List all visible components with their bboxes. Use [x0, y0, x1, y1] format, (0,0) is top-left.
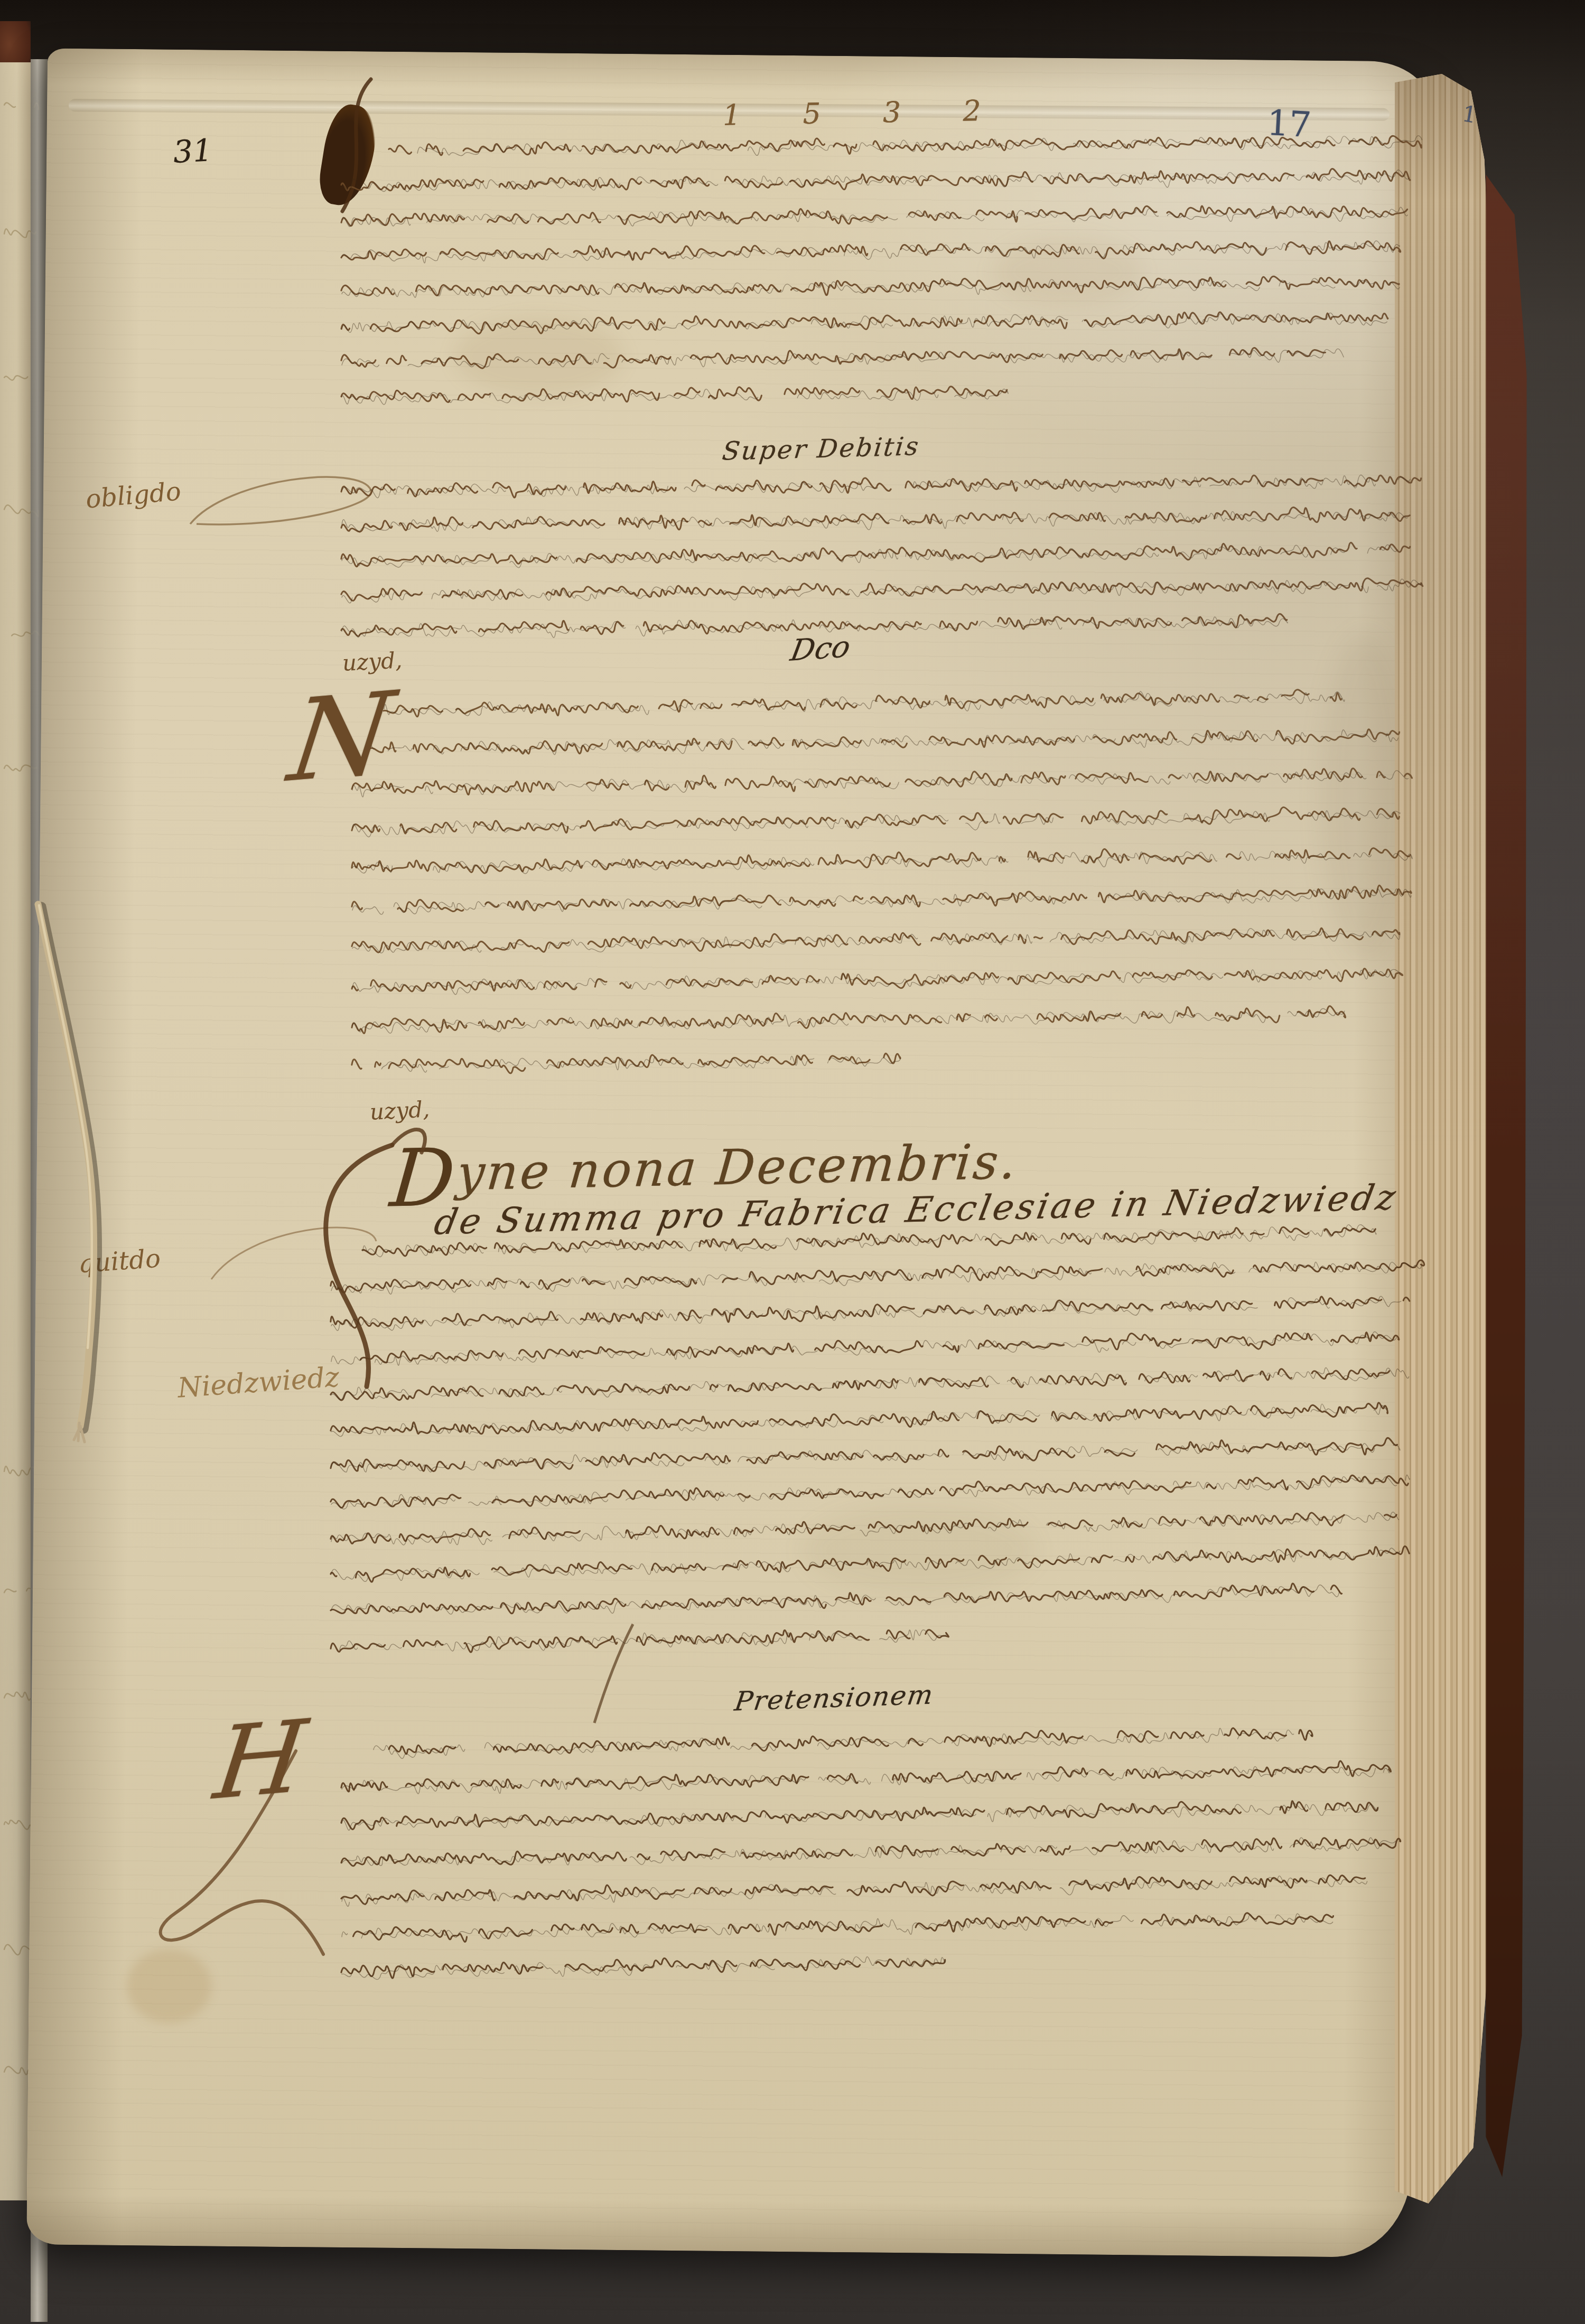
margin-note-quietatio: quitdo — [77, 1244, 161, 1279]
leather-cover-edge — [1486, 174, 1527, 2197]
heading-super-debitis: Super Debitis — [721, 432, 921, 466]
manuscript-photo: 1 5 3 2 17 1 31 Super Debitis Dco Dyne n… — [0, 0, 1585, 2324]
year-heading: 1 5 3 2 — [722, 93, 1008, 132]
pen-initial-n: N — [284, 676, 399, 798]
facing-page-sliver — [0, 62, 31, 2200]
pen-initial-h: H — [210, 1707, 311, 1814]
catchword: uzyd, — [369, 1096, 431, 1125]
page-number: 31 — [172, 132, 213, 170]
manuscript-line — [338, 380, 1010, 416]
